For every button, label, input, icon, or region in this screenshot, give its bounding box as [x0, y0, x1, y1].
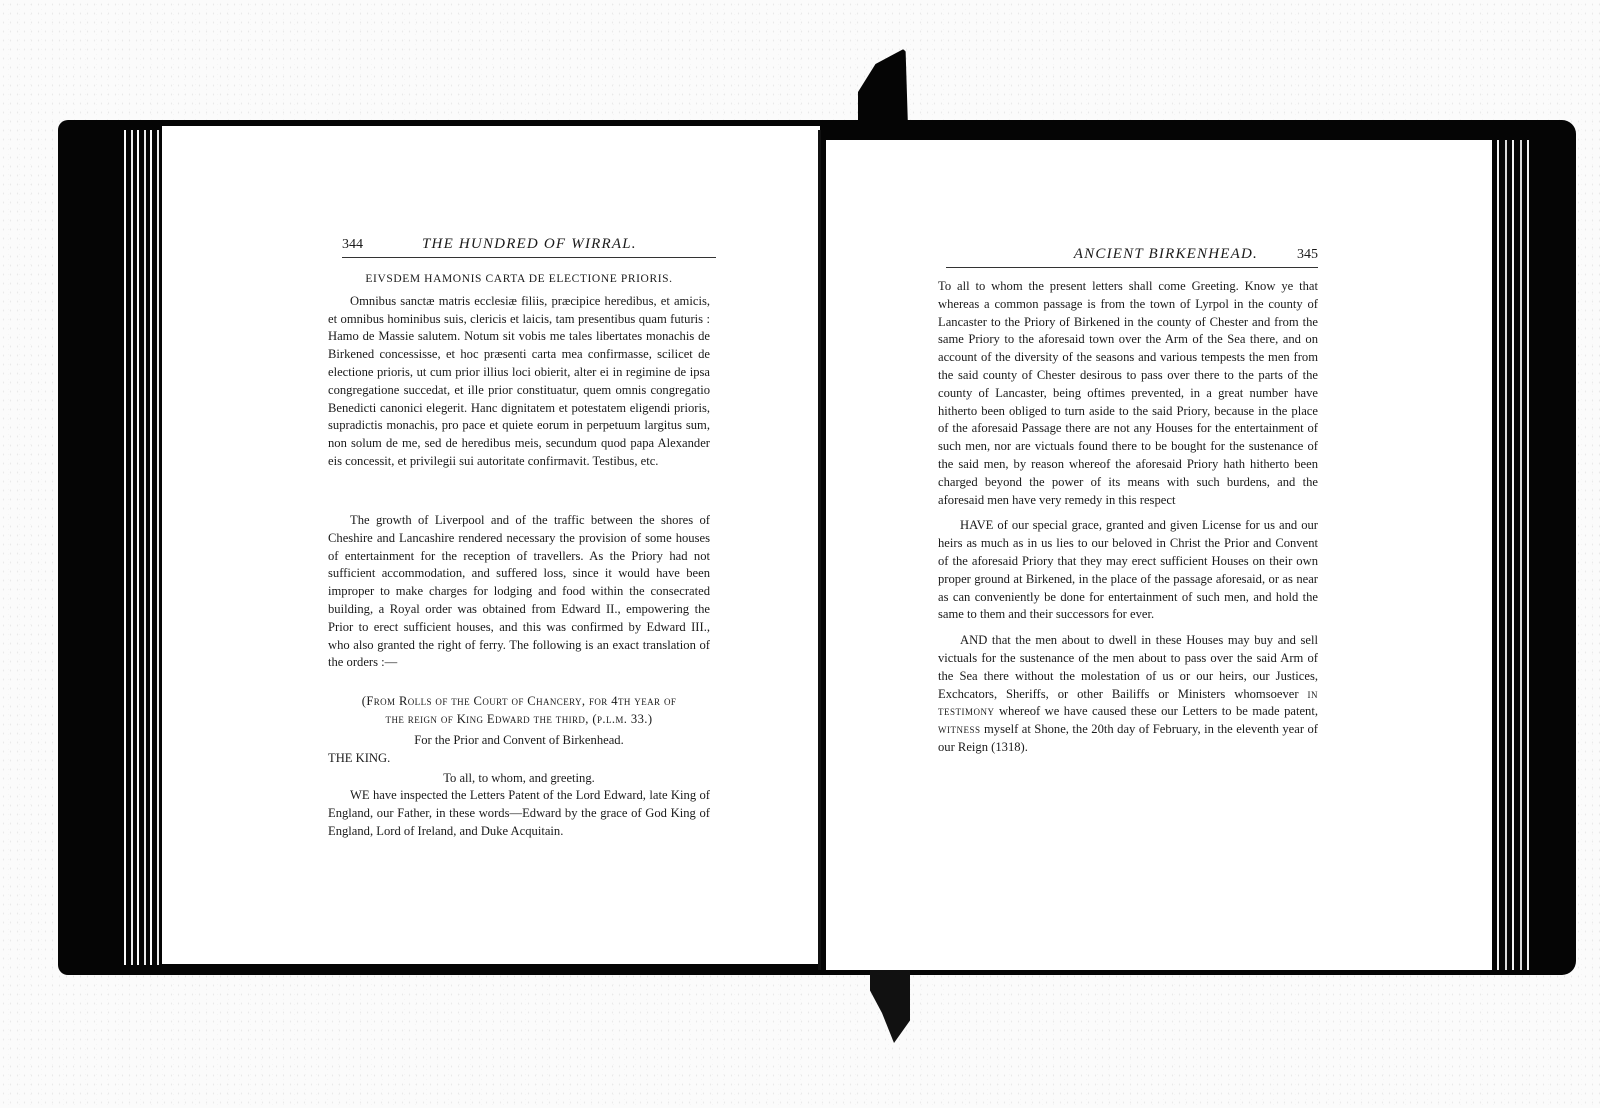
page-number: 344: [342, 237, 422, 253]
latin-charter-block: EIVSDEM HAMONIS CARTA DE ELECTIONE PRIOR…: [328, 271, 710, 471]
letters-patent-text: WE have inspected the Letters Patent of …: [328, 787, 710, 840]
witness: witness: [938, 722, 981, 736]
left-page: 344 THE HUNDRED OF WIRRAL. EIVSDEM HAMON…: [162, 126, 820, 964]
right-page: ANCIENT BIRKENHEAD. 345 To all to whom t…: [826, 140, 1492, 970]
latin-charter-text: Omnibus sanctæ matris ecclesiæ filiis, p…: [328, 293, 710, 471]
narrative-block: The growth of Liverpool and of the traff…: [328, 512, 710, 672]
paragraph-victuals: AND that the men about to dwell in these…: [938, 632, 1318, 757]
running-head-left: 344 THE HUNDRED OF WIRRAL.: [342, 236, 716, 258]
running-head-right: ANCIENT BIRKENHEAD. 345: [946, 246, 1318, 268]
page-number: 345: [1258, 247, 1318, 263]
right-text-block: To all to whom the present letters shall…: [938, 278, 1318, 757]
paragraph-license: HAVE of our special grace, granted and g…: [938, 517, 1318, 624]
citation-line-2: the reign of King Edward the third, (p.l…: [328, 710, 710, 728]
page-edges-left: [120, 130, 162, 965]
narrative-text: The growth of Liverpool and of the traff…: [328, 512, 710, 672]
running-title: ANCIENT BIRKENHEAD.: [1074, 246, 1258, 263]
charter-heading: EIVSDEM HAMONIS CARTA DE ELECTIONE PRIOR…: [328, 271, 710, 289]
the-king: THE KING.: [328, 750, 710, 768]
paragraph-victuals-start: AND that the men about to dwell in these…: [938, 633, 1318, 700]
citation-block: (From Rolls of the Court of Chancery, fo…: [328, 692, 710, 841]
paragraph-victuals-mid: whereof we have caused these our Letters…: [995, 704, 1319, 718]
paragraph-victuals-end: myself at Shone, the 20th day of Februar…: [938, 722, 1318, 754]
gutter-line: [818, 130, 821, 970]
page-edges-right: [1492, 140, 1534, 970]
paragraph-greeting: To all to whom the present letters shall…: [938, 278, 1318, 509]
citation-line-1: (From Rolls of the Court of Chancery, fo…: [328, 692, 710, 710]
running-title: THE HUNDRED OF WIRRAL.: [422, 236, 637, 253]
for-line: For the Prior and Convent of Birkenhead.: [328, 732, 710, 750]
greeting-line: To all, to whom, and greeting.: [328, 770, 710, 788]
